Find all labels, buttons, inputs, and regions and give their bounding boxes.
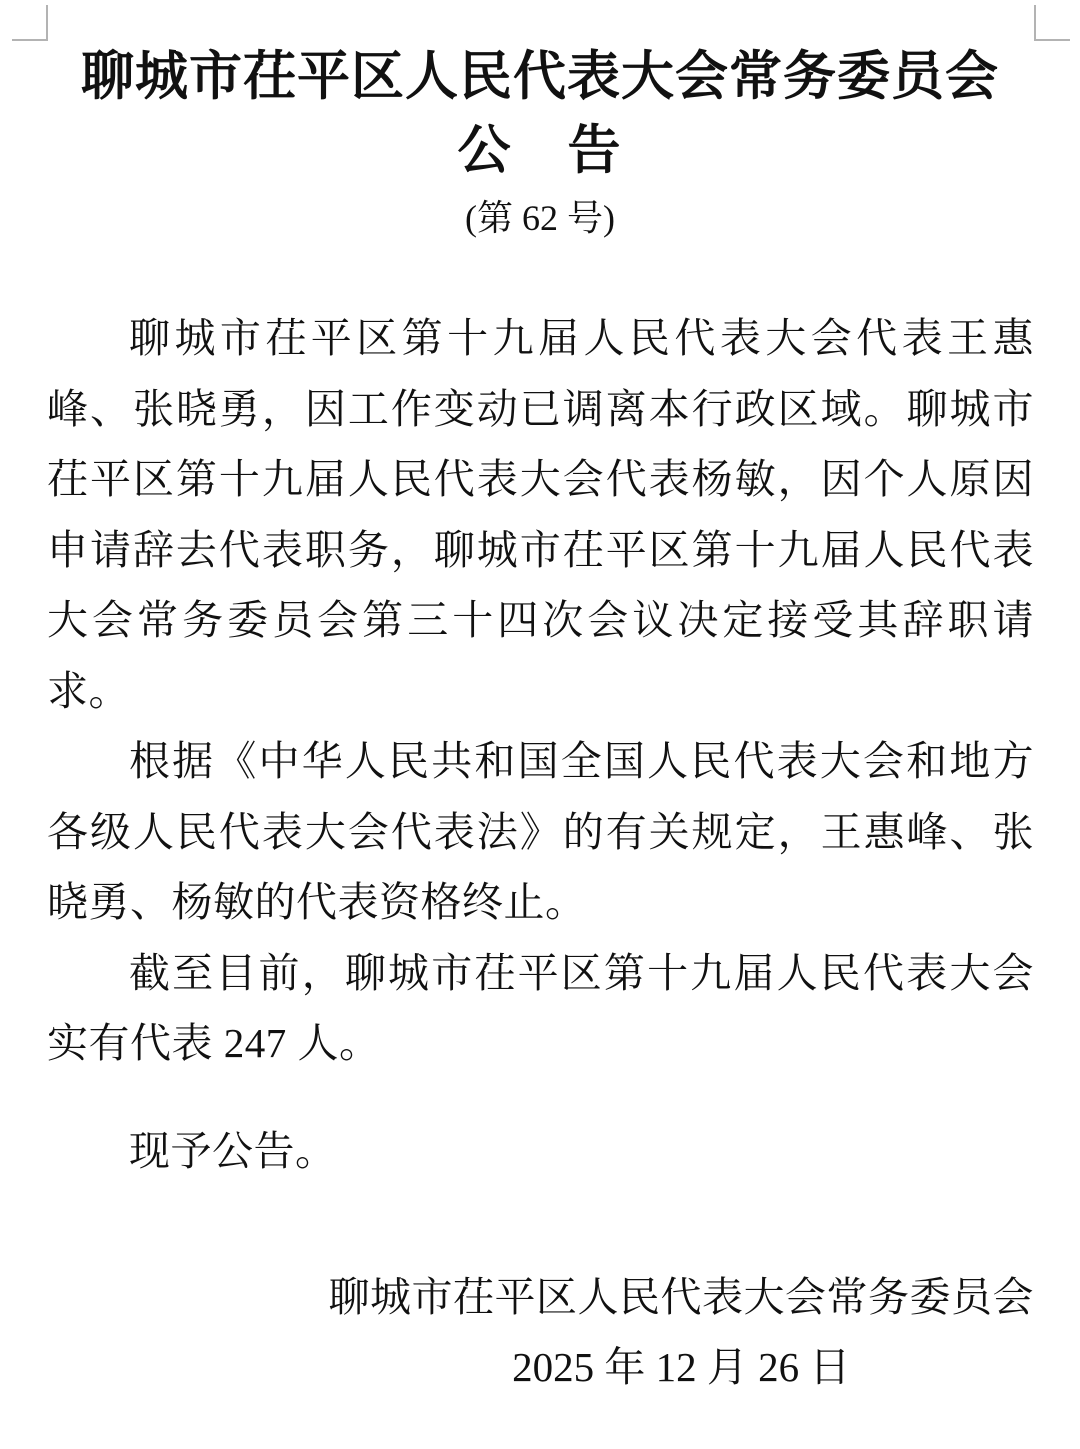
paragraph-resignations: 聊城市茌平区第十九届人民代表大会代表王惠峰、张晓勇，因工作变动已调离本行政区域。… [47,303,1034,726]
paragraph-closing: 现予公告。 [47,1116,1034,1187]
issue-date: 2025 年 12 月 26 日 [329,1332,1035,1402]
document-title-line1: 聊城市茌平区人民代表大会常务委员会 [0,42,1080,112]
issue-number: (第 62 号) [0,196,1080,240]
issuing-authority: 聊城市茌平区人民代表大会常务委员会 [329,1262,1035,1332]
text-boundary-mark-top-right-icon [1034,5,1070,41]
text-boundary-mark-top-left-icon [12,5,48,41]
signature-inner: 聊城市茌平区人民代表大会常务委员会 2025 年 12 月 26 日 [329,1262,1035,1402]
document-body: 聊城市茌平区第十九届人民代表大会代表王惠峰、张晓勇，因工作变动已调离本行政区域。… [47,303,1034,1186]
document-title-line2: 公 告 [0,120,1080,182]
paragraph-representative-count: 截至目前，聊城市茌平区第十九届人民代表大会实有代表 247 人。 [47,938,1034,1079]
signature-block: 聊城市茌平区人民代表大会常务委员会 2025 年 12 月 26 日 [47,1262,1034,1402]
paragraph-legal-basis: 根据《中华人民共和国全国人民代表大会和地方各级人民代表大会代表法》的有关规定，王… [47,726,1034,938]
document-header: 聊城市茌平区人民代表大会常务委员会 公 告 (第 62 号) [0,42,1080,240]
announcement-page: 聊城市茌平区人民代表大会常务委员会 公 告 (第 62 号) 聊城市茌平区第十九… [0,0,1080,1449]
